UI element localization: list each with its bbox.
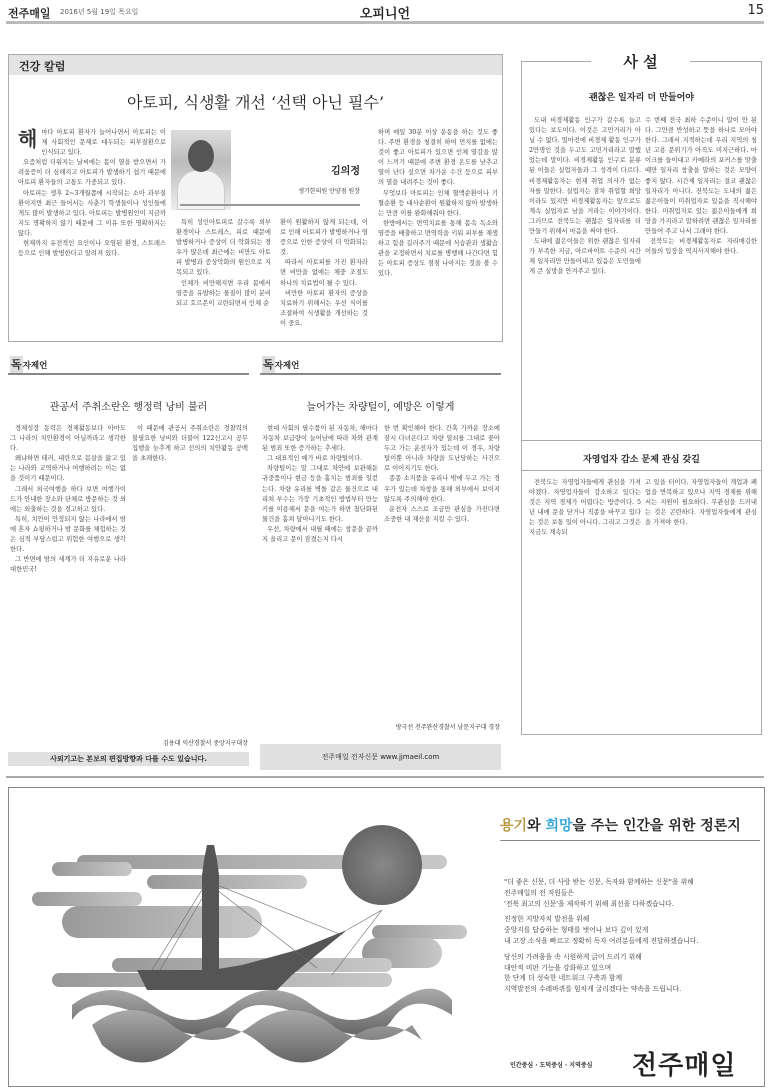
ad-slogan: 인간중심 · 도덕중심 · 지역중심	[510, 1060, 592, 1069]
ad-body: "더 좋은 신문, 더 사랑 받는 신문, 독자와 함께하는 신문"을 위해 전…	[504, 877, 766, 1000]
reader-article-2-col-2: 한 번 확인해야 한다. 간혹 가까운 장소에 잠시 다녀온다고 차량 열쇠를 …	[384, 424, 500, 525]
editorial-top-border-left	[521, 61, 591, 62]
editorial-title-2: 자영업자 감소 문제 관심 갖길	[521, 452, 762, 465]
ad-logo: 전주매일	[632, 1045, 736, 1082]
reader-article-title-2: 늘어가는 차량털이, 예방은 이렇게	[260, 398, 501, 413]
ad-paragraph-2: 진정한 지방자치 발전을 위해 중앙지를 답습하는 형태를 벗어나 보다 깊이 …	[504, 914, 766, 946]
section-title: 오피니언	[0, 3, 770, 22]
editorial-1-col-2: 수 번째 전국 최하 수준이니 말이 안 된다. 그만큼 반성하고 뜻을 하나로…	[645, 116, 757, 257]
author-role: 생기한의원 안양점 원장	[240, 186, 360, 195]
reader-article-1-col-2: 이 때문에 관공서 주취소란은 경찰력의 불필요한 낭비와 더불어 122신고시…	[132, 424, 248, 464]
editorial-label: 사 설	[591, 51, 690, 72]
drop-cap: 해	[18, 128, 37, 150]
reader-section-header-2: 독자제언	[262, 356, 299, 372]
section-divider	[6, 776, 764, 778]
author-photo	[171, 130, 231, 210]
page-number: 15	[747, 3, 764, 18]
health-column-header: 건강 칼럼	[9, 55, 502, 75]
editorial-top-border-right	[690, 61, 762, 62]
health-column-col-3: 환이 원활하지 않게 되는데, 이로 인해 아토피가 발병하거나 염증으로 인한…	[280, 218, 368, 329]
reader-article-title-1: 관공서 주취소란은 행정력 낭비 불러	[8, 398, 249, 413]
ad-paragraph-1: "더 좋은 신문, 더 사랑 받는 신문, 독자와 함께하는 신문"을 위해 전…	[504, 877, 766, 909]
ad-paragraph-3: 당신의 가려움을 속 시원하게 긁어 드리기 위해 대안적 비판 기능을 강화하…	[504, 952, 766, 995]
reader-article-1-col-1: 경제성장 동력은 경제활동보다 아마도 그 나라의 치안환경이 아닐까라고 생각…	[10, 424, 126, 575]
editorial-1-col-1: 도내 비경제활동 인구가 갈수록 늘고 있다는 보도이다. 이것은 고민거리가 …	[529, 116, 641, 278]
ad-divider	[500, 840, 760, 841]
health-column-col-1: 해 마다 아토피 환자가 늘어나면서 아토피는 이제 사회적인 문제로 대두되는…	[18, 128, 166, 259]
editorial-2-top-border	[521, 440, 762, 441]
reader-byline-2: 방극선 전주완산경찰서 남문지구대 경장	[384, 722, 500, 731]
masthead-divider	[6, 21, 764, 24]
editorial-2-col-2: 고 있을 터이다. 자영업자들이 개업과 폐업을 반복하고 있으나 지역 경제를…	[645, 478, 757, 528]
ship-illustration	[12, 790, 472, 1082]
author-divider	[180, 204, 360, 206]
ad-headline: 용기와 희망을 주는 인간을 위한 정론지	[500, 815, 741, 835]
editorial-title-1: 괜찮은 일자리 더 만들어야	[521, 90, 762, 103]
reader-section-header-1: 독자제언	[10, 356, 47, 372]
e-newspaper-link[interactable]: 전주매일 전자신문 www.jjmaeil.com	[260, 744, 501, 770]
health-column-title: 아토피, 식생활 개선 ‘선택 아닌 필수’	[9, 90, 502, 113]
author-name: 김의정	[300, 162, 360, 177]
reader-section-divider-1	[8, 373, 249, 375]
reader-section-divider-2	[260, 373, 501, 375]
editorial-2-col-1: 전북도는 자영업자들에게 관심을 가져야겠다. 자영업자들이 감소하고 있다는 …	[529, 478, 641, 539]
author-photo-head	[188, 140, 214, 172]
reader-article-2-col-1: 현대 사회의 필수품이 된 자동차, 해마다 자동차 보급량이 늘어남에 따라 …	[262, 424, 378, 545]
health-column-col-4: 하며 매일 30분 이상 운동을 하는 것도 좋다. 주변 환경을 청결히 하여…	[378, 128, 498, 279]
health-column-col-2: 특히 성인아토피로 갈수록 외부 환경이나 스트레스, 피로 때문에 발병하거나…	[176, 218, 271, 309]
reader-byline-1: 김용대 익산경찰서 중앙지구대장	[132, 738, 248, 747]
editorial-notice: 사외기고는 본보의 편집방향과 다를 수도 있습니다.	[8, 752, 249, 766]
